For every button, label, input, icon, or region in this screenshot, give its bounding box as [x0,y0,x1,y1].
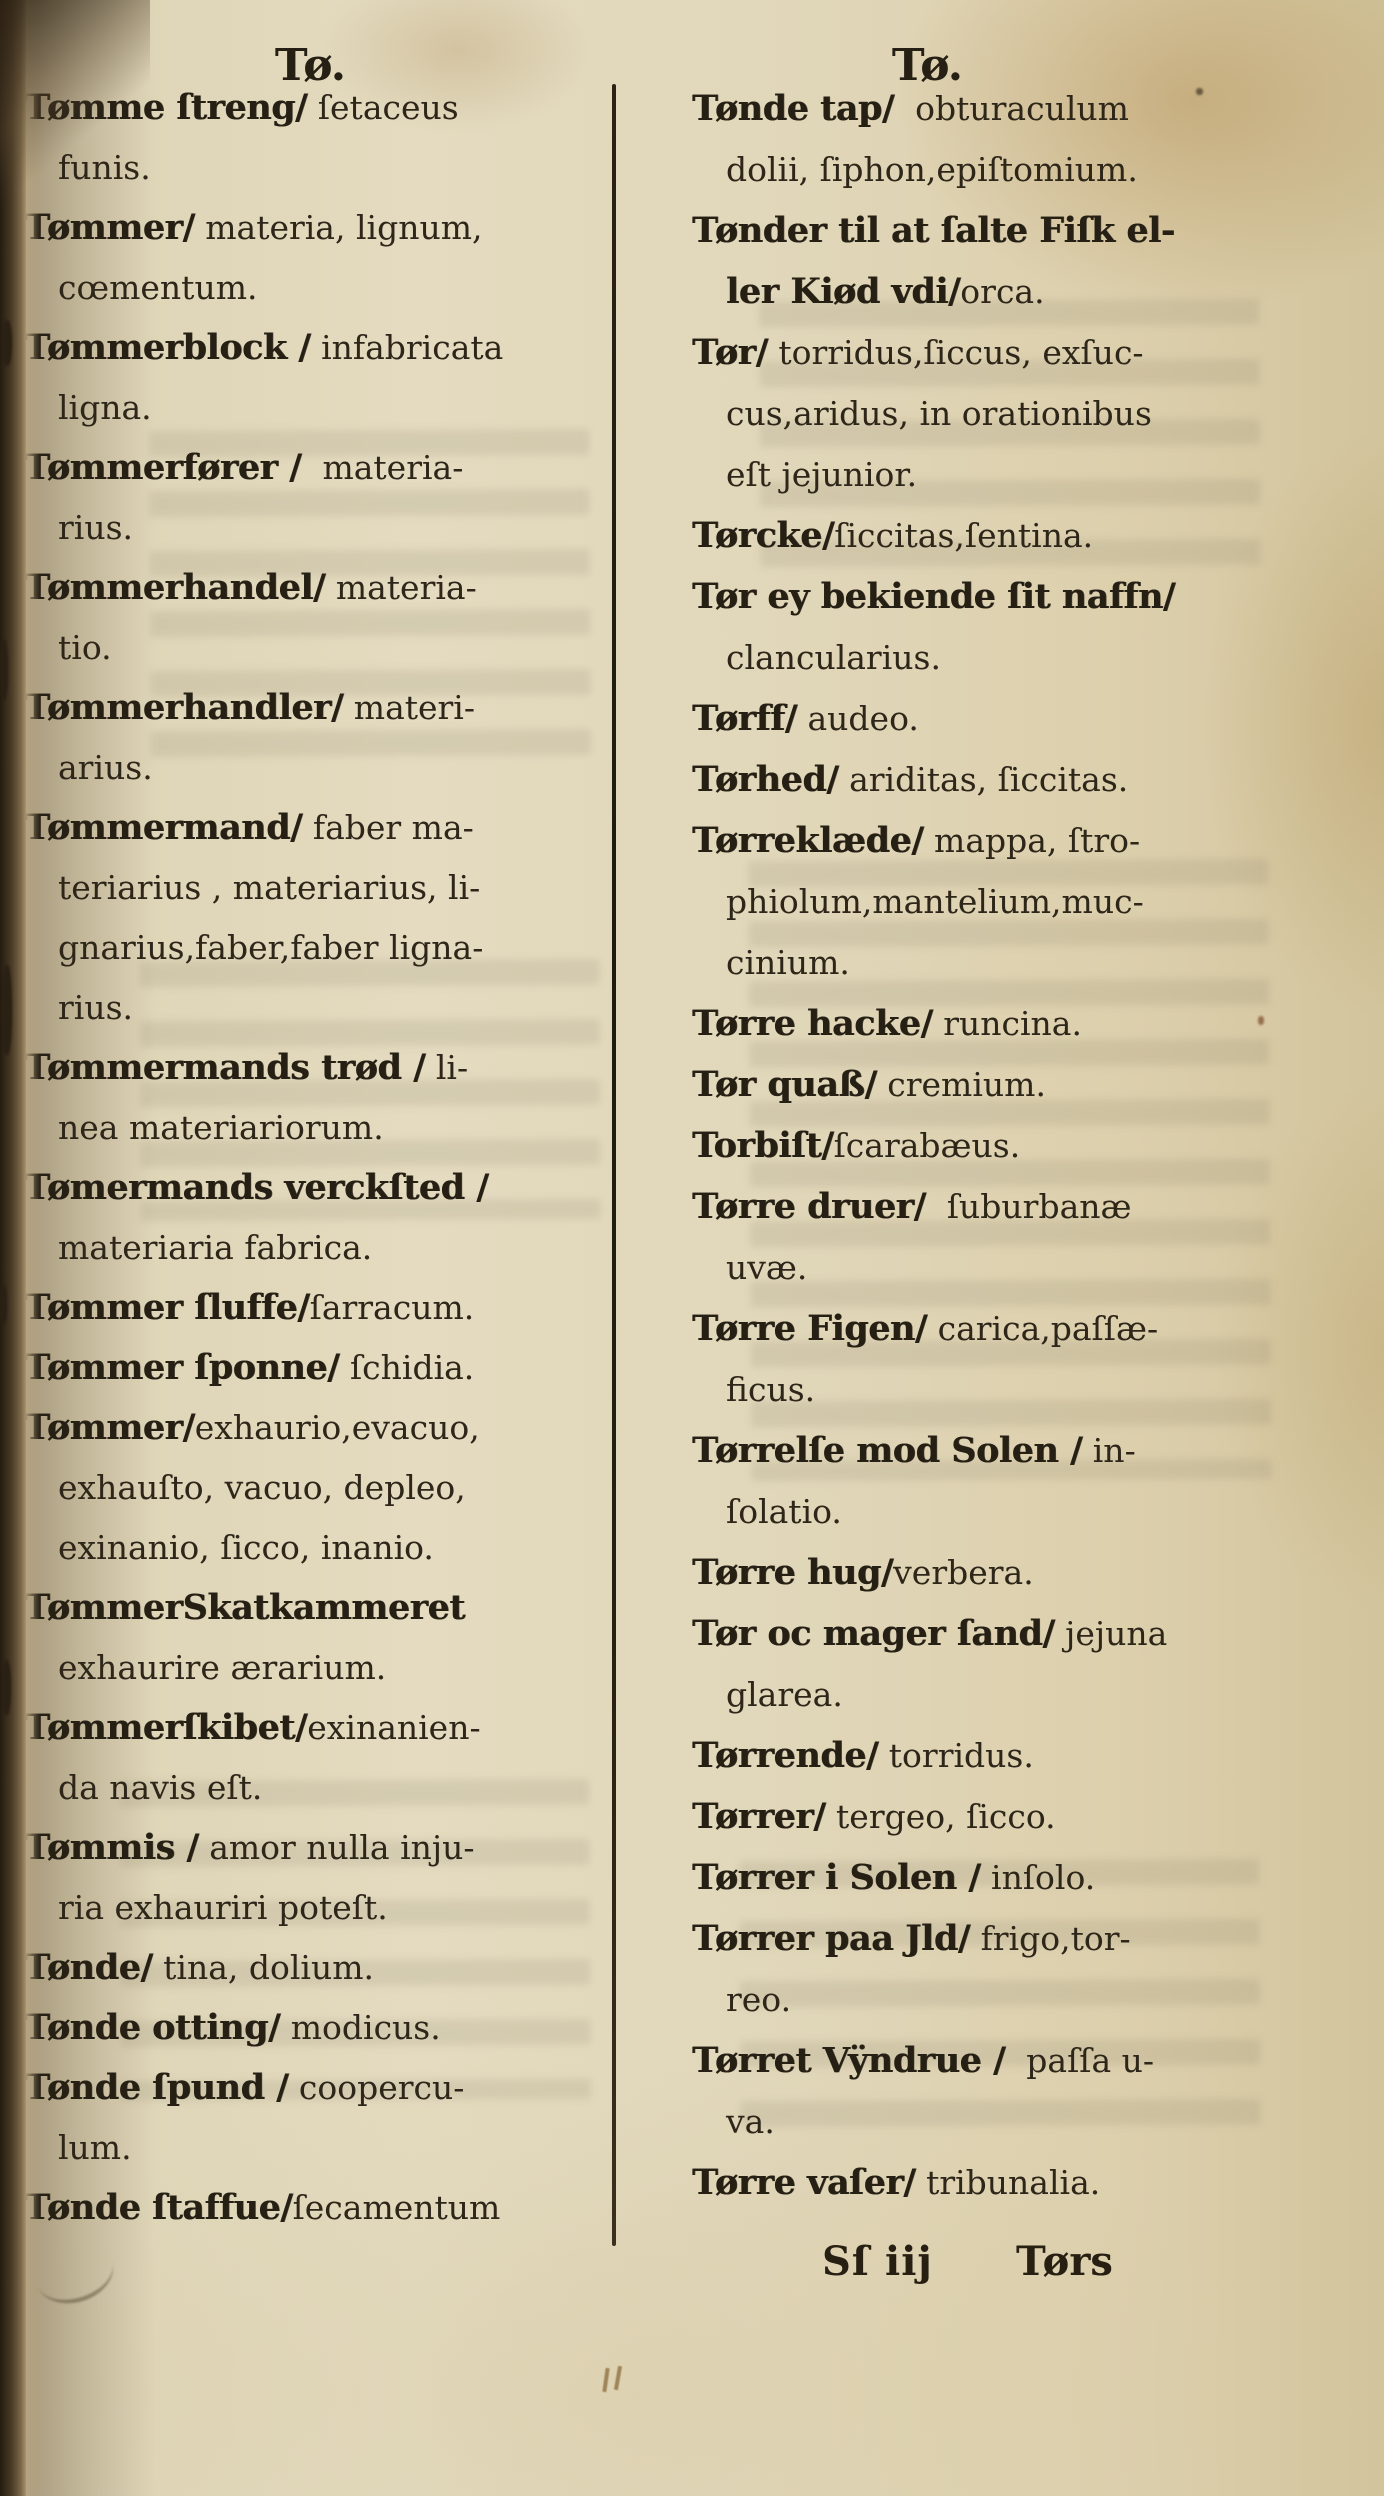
latin-text: modicus. [280,2008,441,2047]
edge-ink-fragment [2,320,12,366]
latin-text: torridus,ſiccus, exſuc- [768,333,1144,372]
entry-line: Tørre hacke/ runcina. [692,993,1258,1054]
entry-line: Tørhed/ ariditas, ſiccitas. [692,749,1258,810]
latin-text: exhaurire ærarium. [58,1648,386,1687]
latin-text: ſarracum. [310,1288,475,1327]
entry-line: tio. [24,618,612,678]
entry-line: materiaria fabrica. [24,1218,612,1278]
entry-line: Tørre druer/ ſuburbanæ [692,1176,1258,1237]
latin-text: obturaculum [894,89,1129,128]
entry-line: reo. [692,1969,1258,2030]
entry-line: Torbiſt/ſcarabæus. [692,1115,1258,1176]
latin-text: materia- [301,448,463,487]
headword-text: Tømmerhandel/ [24,567,325,608]
headword-text: Tønde otting/ [24,2007,280,2048]
entry-line: Tørre Figen/ carica,paſſæ- [692,1298,1258,1359]
latin-text: cus,aridus, in orationibus [726,394,1152,433]
headword-text: Tømmer ſponne/ [24,1347,339,1388]
latin-text: tina, dolium. [153,1948,374,1987]
latin-text: exinanien- [307,1708,480,1747]
latin-text: lum. [58,2128,132,2167]
entry-line: Tømmerhandel/ materia- [24,558,612,618]
headword-text: Tør quaß/ [692,1064,877,1105]
latin-text: faber ma- [302,808,473,847]
latin-text: ſcarabæus. [834,1126,1021,1165]
latin-text: rius. [58,988,133,1027]
headword-text: Tørrende/ [692,1735,878,1776]
headword-text: Tønde ſpund / [24,2067,288,2108]
latin-text: mappa, ſtro- [924,821,1141,860]
entry-line: Tømmermands trød / li- [24,1038,612,1098]
latin-text: tribunalia. [916,2163,1101,2202]
latin-text: phiolum,mantelium,muc- [726,882,1144,921]
latin-text: tergeo, ſicco. [826,1797,1056,1836]
headword-text: Tørre Figen/ [692,1308,927,1349]
entry-line: Tørre vaſer/ tribunalia. [692,2152,1258,2213]
latin-text: materi- [343,688,475,727]
latin-text: materia, lignum, [195,208,483,247]
headword-text: Tør/ [692,332,768,373]
latin-text: reo. [726,1980,791,2019]
entry-line: eſt jejunior. [692,444,1258,505]
latin-text: ria exhauriri poteſt. [58,1888,388,1927]
headword-text: Tørhed/ [692,759,839,800]
headword-text: Tørret Vÿndrue / [692,2040,1005,2081]
latin-text: exhaurio,evacuo, [195,1408,480,1447]
headword-text: Tørre hacke/ [692,1003,933,1044]
entry-line: gnarius,faber,faber ligna- [24,918,612,978]
latin-text: li- [425,1048,468,1087]
latin-text: exinanio, ſicco, inanio. [58,1528,434,1567]
latin-text: cinium. [726,943,850,982]
headword-text: Tørrer i Solen / [692,1857,981,1898]
latin-text: audeo. [797,699,919,738]
latin-text: ſuburbanæ [926,1187,1132,1226]
entry-line: da navis eſt. [24,1758,612,1818]
entry-line: Tømmermand/ faber ma- [24,798,612,858]
entry-line: rius. [24,978,612,1038]
headword-text: Tønde tap/ [692,88,894,129]
latin-text: da navis eſt. [58,1768,262,1807]
headword-text: Tømmermands trød / [24,1047,425,1088]
entry-line: rius. [24,498,612,558]
latin-text: inſolo. [981,1858,1096,1897]
headword-text: Torbiſt/ [692,1125,834,1166]
latin-text: runcina. [933,1004,1082,1043]
entry-line: Tørreklæde/ mappa, ſtro- [692,810,1258,871]
entry-line: Tømmer/exhaurio,evacuo, [24,1398,612,1458]
entry-line: Tør quaß/ cremium. [692,1054,1258,1115]
entry-line: teriarius , materiarius, li- [24,858,612,918]
latin-text: rius. [58,508,133,547]
entry-line: Tønde tap/ obturaculum [692,78,1258,139]
latin-text: gnarius,faber,faber ligna- [58,928,483,967]
entry-line: Tørrende/ torridus. [692,1725,1258,1786]
entry-line: Tømmer ſponne/ ſchidia. [24,1338,612,1398]
latin-text: ligna. [58,388,152,427]
scanned-dictionary-page: Tø. Tø. Tømme ſtreng/ ſetaceusfunis.Tømm… [0,0,1384,2496]
latin-text: ſiccitas,ſentina. [834,516,1093,555]
entry-line: Tør ey bekiende ſit naffn/ [692,566,1258,627]
catchword: Tørs [1016,2238,1113,2285]
left-column: Tømme ſtreng/ ſetaceusfunis.Tømmer/ mate… [24,78,612,2238]
headword-text: Tørre hug/ [692,1552,893,1593]
entry-line: cœmentum. [24,258,612,318]
latin-text: cremium. [877,1065,1046,1104]
entry-line: Tømmer ſluffe/ſarracum. [24,1278,612,1338]
entry-line: exhaurire ærarium. [24,1638,612,1698]
entry-line: Tønder til at ſalte Fiſk el- [692,200,1258,261]
headword-text: Tørcke/ [692,515,834,556]
entry-line: ria exhauriri poteſt. [24,1878,612,1938]
paper-speck [1258,1016,1264,1025]
headword-text: Tømmermand/ [24,807,302,848]
latin-text: carica,paſſæ- [927,1309,1158,1348]
headword-text: Tørre druer/ [692,1186,926,1227]
entry-line: TømmerSkatkammeret [24,1578,612,1638]
entry-line: clancularius. [692,627,1258,688]
entry-line: exinanio, ſicco, inanio. [24,1518,612,1578]
entry-line: Tørrer i Solen / inſolo. [692,1847,1258,1908]
latin-text: materia- [325,568,476,607]
entry-line: uvæ. [692,1237,1258,1298]
latin-text: arius. [58,748,153,787]
right-column: Tønde tap/ obturaculumdolii, ſiphon,epiſ… [692,78,1258,2213]
entry-line: Tørrelſe mod Solen / in- [692,1420,1258,1481]
headword-text: Tømmerfører / [24,447,301,488]
latin-text: orca. [960,272,1044,311]
latin-text: nea materiariorum. [58,1108,384,1147]
entry-line: lum. [24,2118,612,2178]
entry-line: dolii, ſiphon,epiſtomium. [692,139,1258,200]
edge-ink-fragment [0,640,8,700]
entry-line: Tømmis / amor nulla inju- [24,1818,612,1878]
latin-text: verbera. [893,1553,1034,1592]
latin-text: paſſa u- [1005,2041,1154,2080]
entry-line: Tønde ſpund / coopercu- [24,2058,612,2118]
headword-text: ler Kiød vdi/ [726,271,960,312]
headword-text: Tømmer/ [24,207,195,248]
page-edge-highlight [26,0,40,2496]
entry-line: Tørff/ audeo. [692,688,1258,749]
headword-text: Tørrer paa Jld/ [692,1918,970,1959]
headword-text: Tømmerblock / [24,327,311,368]
entry-line: Tørre hug/verbera. [692,1542,1258,1603]
edge-ink-fragment [2,965,12,1055]
latin-text: ſolatio. [726,1492,842,1531]
entry-line: ficus. [692,1359,1258,1420]
entry-line: ligna. [24,378,612,438]
entry-line: Tørrer paa Jld/ frigo,tor- [692,1908,1258,1969]
entry-line: Tømmerfører / materia- [24,438,612,498]
latin-text: ſchidia. [339,1348,474,1387]
latin-text: clancularius. [726,638,941,677]
headword-text: Tørrer/ [692,1796,826,1837]
entry-line: arius. [24,738,612,798]
headword-text: Tømermands verckſted / [24,1167,488,1208]
entry-line: Tørret Vÿndrue / paſſa u- [692,2030,1258,2091]
latin-text: eſt jejunior. [726,455,917,494]
headword-text: Tømmerhandler/ [24,687,343,728]
headword-text: TømmerSkatkammeret [24,1587,465,1628]
paper-mark [614,2366,622,2390]
entry-line: Tømermands verckſted / [24,1158,612,1218]
latin-text: va. [726,2102,775,2141]
corner-shadow [0,0,150,210]
edge-ink-fragment [0,1285,7,1325]
latin-text: materiaria fabrica. [58,1228,372,1267]
entry-line: glarea. [692,1664,1258,1725]
entry-line: Tørcke/ſiccitas,ſentina. [692,505,1258,566]
entry-line: cus,aridus, in orationibus [692,383,1258,444]
entry-line: Tønde otting/ modicus. [24,1998,612,2058]
headword-text: Tørre vaſer/ [692,2162,916,2203]
column-divider-rule [612,84,616,2246]
latin-text: ſetaceus [307,88,458,127]
entry-line: Tønde ſtaffue/ſecamentum [24,2178,612,2238]
entry-line: Tørrer/ tergeo, ſicco. [692,1786,1258,1847]
entry-line: ler Kiød vdi/orca. [692,261,1258,322]
headword-text: Tør ey bekiende ſit naffn/ [692,576,1175,617]
entry-line: Tømmerblock / infabricata [24,318,612,378]
latin-text: uvæ. [726,1248,807,1287]
entry-line: nea materiariorum. [24,1098,612,1158]
book-spine-edge [0,0,26,2496]
edge-ink-fragment [2,1660,11,1715]
headword-text: Tømmis / [24,1827,199,1868]
headword-text: Tørrelſe mod Solen / [692,1430,1082,1471]
entry-line: Tømmerſkibet/exinanien- [24,1698,612,1758]
signature-mark: Sſ iij [822,2238,933,2285]
latin-text: tio. [58,628,112,667]
entry-line: Tønde/ tina, dolium. [24,1938,612,1998]
latin-text: ficus. [726,1370,815,1409]
entry-line: Tør oc mager ſand/ jejuna [692,1603,1258,1664]
latin-text: exhauſto, vacuo, depleo, [58,1468,466,1507]
latin-text: infabricata [311,328,504,367]
latin-text: cœmentum. [58,268,257,307]
headword-text: Tømmer/ [24,1407,195,1448]
latin-text: ſecamentum [293,2188,501,2227]
headword-text: Tønder til at ſalte Fiſk el- [692,210,1175,251]
entry-line: ſolatio. [692,1481,1258,1542]
latin-text: in- [1082,1431,1135,1470]
entry-line: phiolum,mantelium,muc- [692,871,1258,932]
latin-text: frigo,tor- [970,1919,1131,1958]
headword-text: Tømmerſkibet/ [24,1707,307,1748]
latin-text: coopercu- [288,2068,464,2107]
latin-text: jejuna [1055,1614,1168,1653]
headword-text: Tørreklæde/ [692,820,924,861]
headword-text: Tør oc mager ſand/ [692,1613,1055,1654]
headword-text: Tømmer ſluffe/ [24,1287,310,1328]
paper-speck [1196,88,1203,95]
latin-text: dolii, ſiphon,epiſtomium. [726,150,1138,189]
latin-text: amor nulla inju- [199,1828,475,1867]
headword-text: Tørff/ [692,698,797,739]
entry-line: exhauſto, vacuo, depleo, [24,1458,612,1518]
entry-line: Tømmerhandler/ materi- [24,678,612,738]
latin-text: teriarius , materiarius, li- [58,868,480,907]
headword-text: Tønde/ [24,1947,153,1988]
entry-line: Tør/ torridus,ſiccus, exſuc- [692,322,1258,383]
headword-text: Tønde ſtaffue/ [24,2187,293,2228]
latin-text: glarea. [726,1675,843,1714]
latin-text: ariditas, ſiccitas. [839,760,1129,799]
entry-line: cinium. [692,932,1258,993]
latin-text: torridus. [878,1736,1034,1775]
entry-line: va. [692,2091,1258,2152]
paper-mark [602,2368,609,2392]
